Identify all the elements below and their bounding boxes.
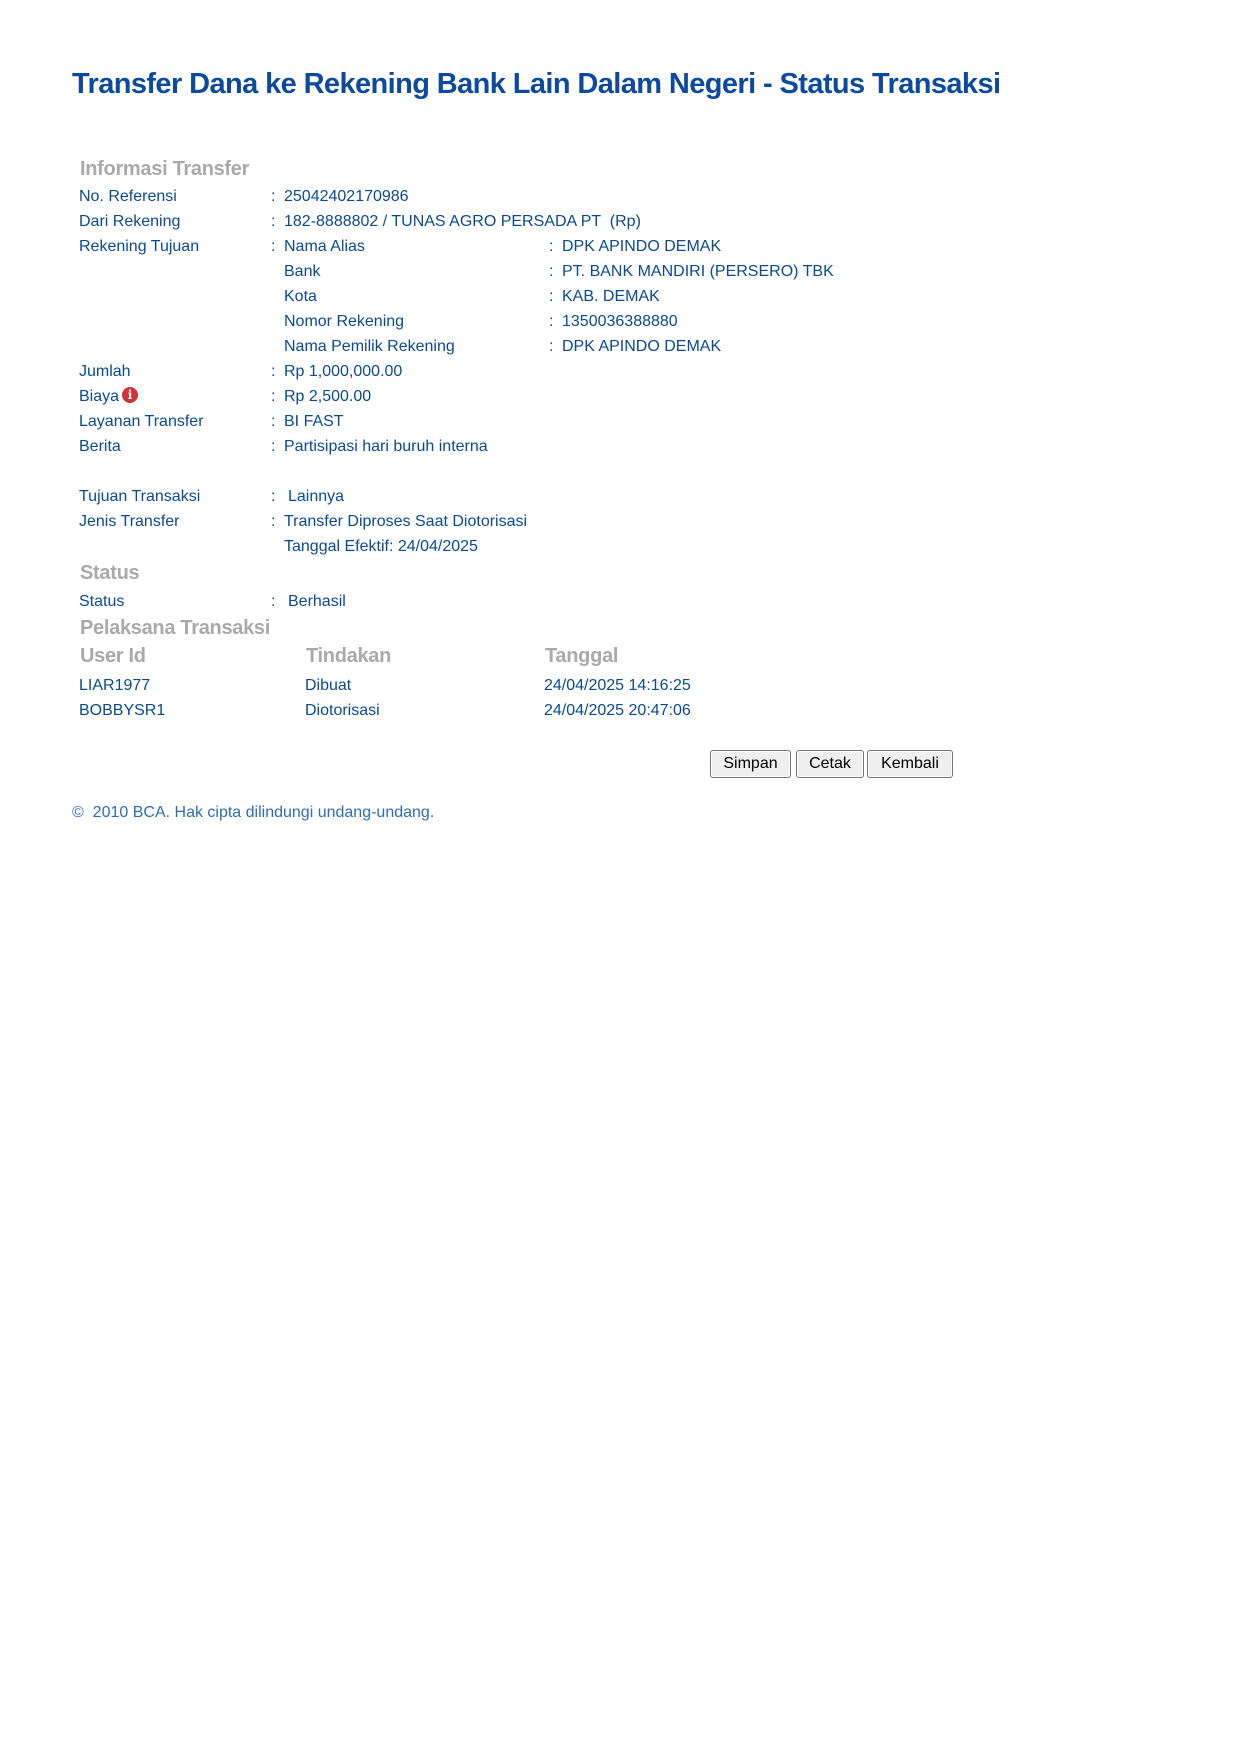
- status-value: Berhasil: [288, 591, 346, 613]
- cell-tindakan: Dibuat: [305, 677, 351, 695]
- cetak-button[interactable]: Cetak: [796, 750, 864, 778]
- sub-value: PT. BANK MANDIRI (PERSERO) TBK: [562, 261, 834, 283]
- column-header-tindakan: Tindakan: [306, 645, 391, 668]
- value: BI FAST: [284, 411, 344, 433]
- value: Lainnya: [288, 486, 344, 508]
- colon: :: [271, 511, 275, 533]
- label: Rekening Tujuan: [79, 236, 199, 258]
- label: Layanan Transfer: [79, 411, 204, 433]
- copyright-footer: © 2010 BCA. Hak cipta dilindungi undang-…: [72, 804, 434, 822]
- label: Jumlah: [79, 361, 131, 383]
- colon: :: [271, 386, 275, 408]
- cell-tindakan: Diotorisasi: [305, 702, 380, 720]
- simpan-button[interactable]: Simpan: [710, 750, 791, 778]
- colon: :: [271, 591, 275, 613]
- info-icon[interactable]: i: [122, 387, 138, 403]
- colon: :: [549, 236, 553, 258]
- kembali-button[interactable]: Kembali: [867, 750, 953, 778]
- label: Berita: [79, 436, 121, 458]
- colon: :: [549, 286, 553, 308]
- sub-label: Bank: [284, 261, 320, 283]
- label: Jenis Transfer: [79, 511, 179, 533]
- sub-label: Nomor Rekening: [284, 311, 404, 333]
- cell-tanggal: 24/04/2025 20:47:06: [544, 702, 691, 720]
- value: 182-8888802 / TUNAS AGRO PERSADA PT (Rp): [284, 211, 641, 233]
- colon: :: [271, 211, 275, 233]
- sub-value: KAB. DEMAK: [562, 286, 660, 308]
- section-heading-status: Status: [80, 562, 139, 585]
- colon: :: [271, 486, 275, 508]
- cell-user-id: BOBBYSR1: [79, 702, 165, 720]
- sub-label: Kota: [284, 286, 317, 308]
- label-wrap: Biayai: [79, 386, 138, 408]
- label: No. Referensi: [79, 186, 177, 208]
- colon: :: [271, 411, 275, 433]
- colon: :: [549, 336, 553, 358]
- value: Transfer Diproses Saat Diotorisasi: [284, 511, 527, 533]
- colon: :: [271, 436, 275, 458]
- label: Tujuan Transaksi: [79, 486, 200, 508]
- cell-tanggal: 24/04/2025 14:16:25: [544, 677, 691, 695]
- value: Rp 1,000,000.00: [284, 361, 402, 383]
- label: Biaya: [79, 388, 119, 405]
- section-heading-informasi-transfer: Informasi Transfer: [80, 158, 249, 181]
- value: Partisipasi hari buruh interna: [284, 436, 488, 458]
- colon: :: [271, 186, 275, 208]
- column-header-tanggal: Tanggal: [545, 645, 618, 668]
- value: Tanggal Efektif: 24/04/2025: [284, 536, 478, 558]
- page-title: Transfer Dana ke Rekening Bank Lain Dala…: [72, 68, 1000, 101]
- value: Rp 2,500.00: [284, 386, 371, 408]
- colon: :: [549, 261, 553, 283]
- sub-label: Nama Pemilik Rekening: [284, 336, 455, 358]
- label: Dari Rekening: [79, 211, 180, 233]
- colon: :: [271, 361, 275, 383]
- section-heading-pelaksana-transaksi: Pelaksana Transaksi: [80, 617, 270, 640]
- sub-value: 1350036388880: [562, 311, 678, 333]
- value: 25042402170986: [284, 186, 409, 208]
- sub-value: DPK APINDO DEMAK: [562, 336, 721, 358]
- colon: :: [271, 236, 275, 258]
- sub-label: Nama Alias: [284, 236, 365, 258]
- sub-value: DPK APINDO DEMAK: [562, 236, 721, 258]
- label: Status: [79, 591, 124, 613]
- colon: :: [549, 311, 553, 333]
- cell-user-id: LIAR1977: [79, 677, 150, 695]
- column-header-user-id: User Id: [80, 645, 146, 668]
